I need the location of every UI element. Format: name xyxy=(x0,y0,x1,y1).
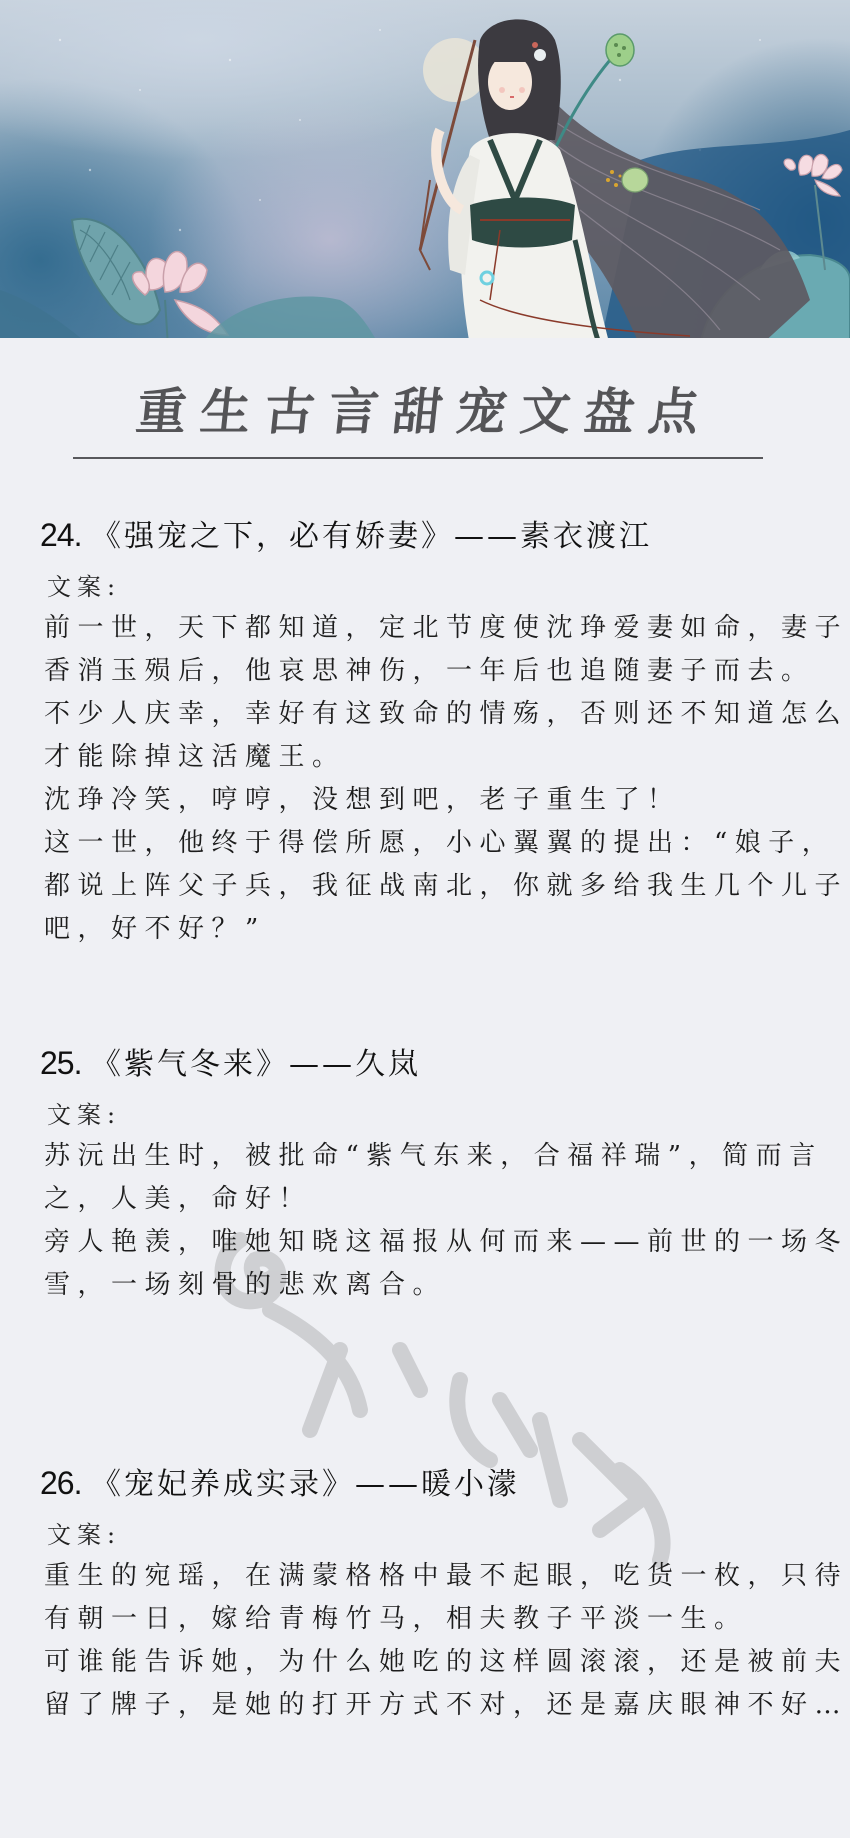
synopsis-line: 才能除掉这活魔王。 xyxy=(44,736,848,779)
synopsis-line: 都说上阵父子兵，我征战南北，你就多给我生几个儿子 xyxy=(44,865,848,908)
round-fan xyxy=(423,38,487,102)
book-number: 25. xyxy=(40,1045,81,1081)
synopsis-text: 前一世，天下都知道，定北节度使沈琤爱妻如命，妻子 香消玉殒后，他哀思神伤，一年后… xyxy=(44,607,848,951)
lotus-seedpod xyxy=(606,34,634,66)
synopsis-line: 不少人庆幸，幸好有这致命的情殇，否则还不知道怎么 xyxy=(44,693,848,736)
synopsis-line: 重生的宛瑶，在满蒙格格中最不起眼，吃货一枚，只待 xyxy=(44,1555,850,1598)
book-title-author: 《强宠之下，必有娇妻》——素衣渡江 xyxy=(91,519,652,554)
banner-bottom-edge xyxy=(0,338,850,346)
girl-lotus-illustration xyxy=(0,0,850,346)
synopsis-line: 雪，一场刻骨的悲欢离合。 xyxy=(44,1264,848,1307)
book-heading: 26. 《宠妃养成实录》——暖小濛 xyxy=(40,1463,520,1505)
synopsis-line: 这一世，他终于得偿所愿，小心翼翼的提出：“娘子， xyxy=(44,822,848,865)
synopsis-label: 文案: xyxy=(47,1100,121,1130)
header-illustration xyxy=(0,0,850,346)
synopsis-line: 前一世，天下都知道，定北节度使沈琤爱妻如命，妻子 xyxy=(44,607,848,650)
synopsis-line: 可谁能告诉她，为什么她吃的这样圆滚滚，还是被前夫 xyxy=(44,1641,850,1684)
synopsis-line: 留了牌子，是她的打开方式不对，还是嘉庆眼神不好…… xyxy=(44,1684,850,1727)
synopsis-label: 文案: xyxy=(47,572,121,602)
synopsis-line: 沈琤冷笑，哼哼，没想到吧，老子重生了！ xyxy=(44,779,848,822)
book-title-author: 《宠妃养成实录》——暖小濛 xyxy=(91,1467,520,1502)
book-number: 26. xyxy=(40,1465,81,1501)
synopsis-line: 香消玉殒后，他哀思神伤，一年后也追随妻子而去。 xyxy=(44,650,848,693)
synopsis-line: 之，人美，命好！ xyxy=(44,1178,848,1221)
book-number: 24. xyxy=(40,517,81,553)
synopsis-label: 文案: xyxy=(47,1520,121,1550)
book-heading: 24. 《强宠之下，必有娇妻》——素衣渡江 xyxy=(40,515,652,557)
synopsis-line: 旁人艳羡，唯她知晓这福报从何而来——前世的一场冬 xyxy=(44,1221,848,1264)
synopsis-text: 重生的宛瑶，在满蒙格格中最不起眼，吃货一枚，只待 有朝一日，嫁给青梅竹马，相夫教… xyxy=(44,1555,850,1727)
page-title: 重生古言甜宠文盘点 xyxy=(0,372,850,444)
book-heading: 25. 《紫气冬来》——久岚 xyxy=(40,1043,421,1085)
book-title-author: 《紫气冬来》——久岚 xyxy=(91,1047,421,1082)
title-divider xyxy=(73,457,763,459)
synopsis-line: 有朝一日，嫁给青梅竹马，相夫教子平淡一生。 xyxy=(44,1598,850,1641)
synopsis-line: 苏沅出生时，被批命“紫气东来，合福祥瑞”，简而言 xyxy=(44,1135,848,1178)
synopsis-text: 苏沅出生时，被批命“紫气东来，合福祥瑞”，简而言 之，人美，命好！ 旁人艳羡，唯… xyxy=(44,1135,848,1307)
synopsis-line: 吧，好不好？” xyxy=(44,908,848,951)
